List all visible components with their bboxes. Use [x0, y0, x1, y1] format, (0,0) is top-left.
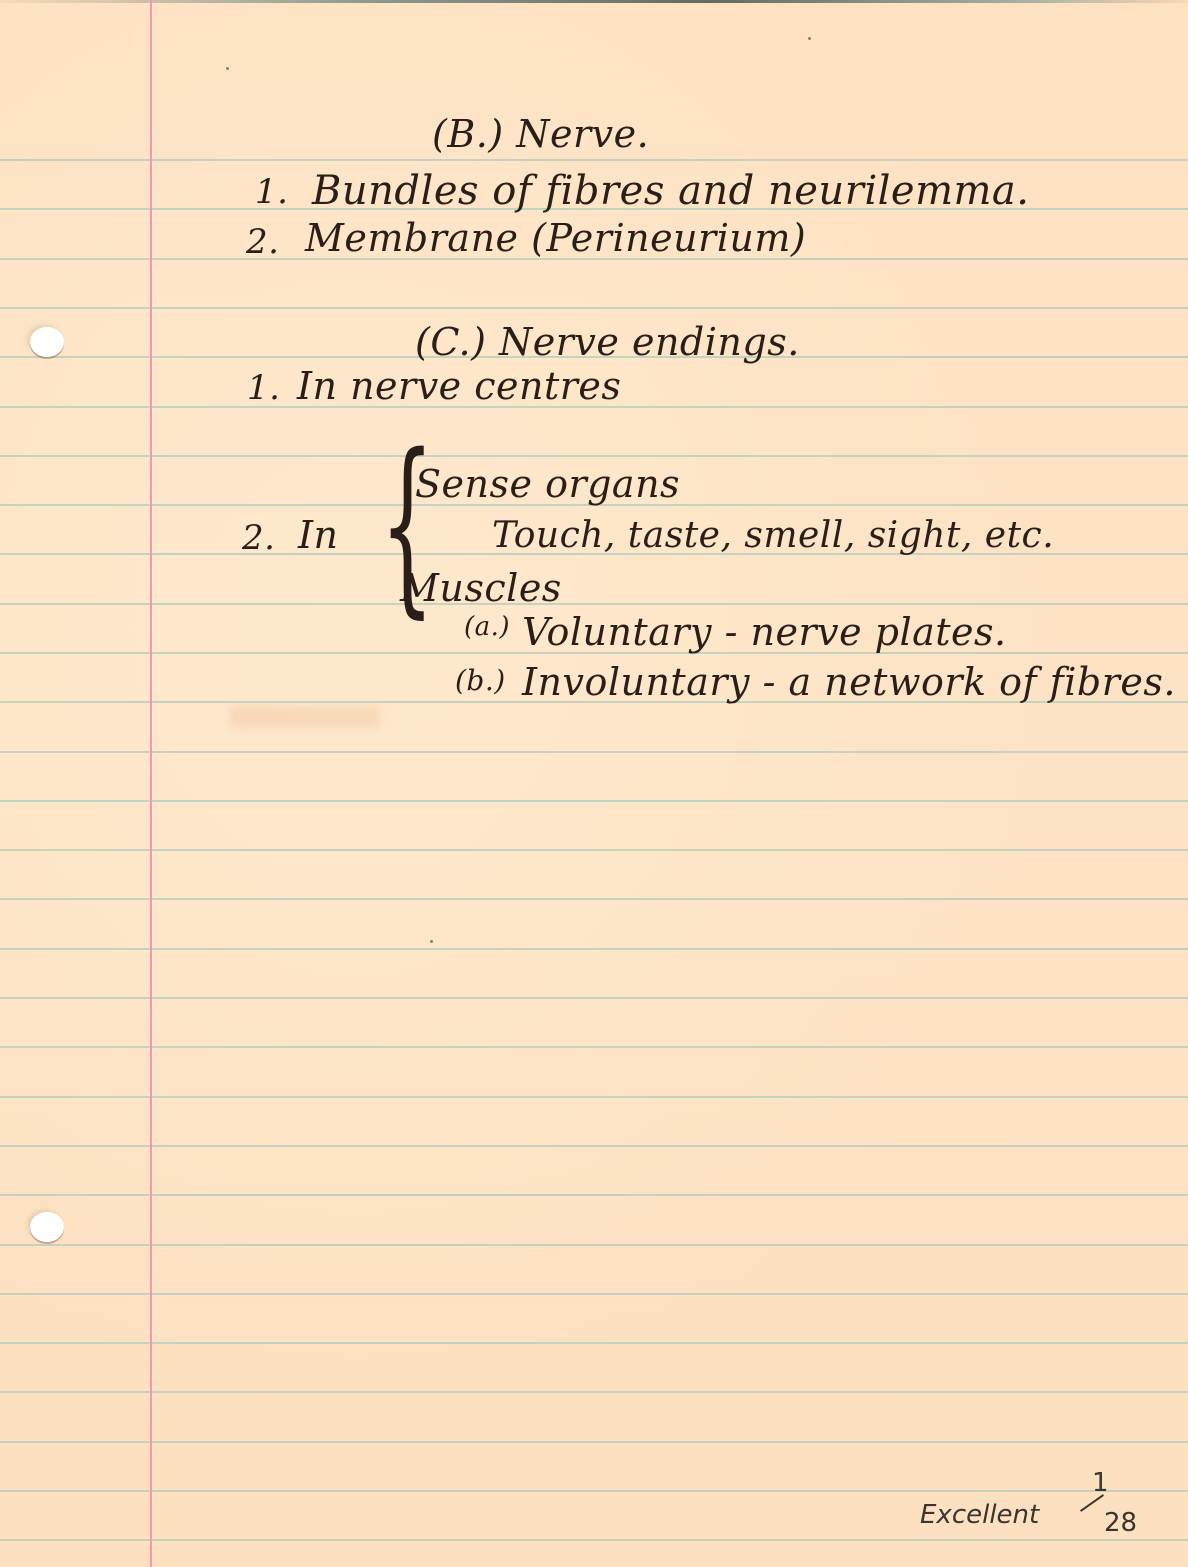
muscles-subitem-b-marker: (b.)	[455, 664, 506, 697]
muscles-subitem-b-text: Involuntary - a network of fibres.	[522, 660, 1176, 704]
margin-line	[150, 0, 152, 1567]
paper-speck	[430, 940, 433, 943]
ruled-line	[0, 455, 1188, 457]
section-c-item-2-number: 2.	[242, 518, 275, 558]
muscles-subitem-a-text: Voluntary - nerve plates.	[522, 610, 1007, 654]
ruled-line	[0, 898, 1188, 900]
ruled-line	[0, 307, 1188, 309]
ruled-line	[0, 1490, 1188, 1492]
ruled-line	[0, 948, 1188, 950]
notebook-page: (B.) Nerve. 1. Bundles of fibres and neu…	[0, 0, 1188, 1567]
section-b-heading: (B.) Nerve.	[432, 112, 649, 156]
section-c-item-1-number: 1.	[247, 368, 280, 408]
ruled-line	[0, 1293, 1188, 1295]
ruled-line	[0, 1391, 1188, 1393]
branch-muscles: Muscles	[400, 566, 562, 610]
page-top-edge	[0, 0, 1188, 3]
section-c-heading: (C.) Nerve endings.	[415, 320, 800, 364]
branch-sense-organs-detail: Touch, taste, smell, sight, etc.	[492, 515, 1054, 556]
punch-hole-top	[30, 327, 64, 357]
ruled-line	[0, 1244, 1188, 1246]
ruled-line	[0, 800, 1188, 802]
grade-comment: Excellent	[920, 1500, 1039, 1530]
ruled-line	[0, 1342, 1188, 1344]
paper-smudge	[230, 706, 380, 728]
section-b-item-1-number: 1.	[255, 172, 288, 212]
paper-speck	[808, 37, 811, 40]
ruled-line	[0, 849, 1188, 851]
ruled-line	[0, 1145, 1188, 1147]
ruled-line	[0, 1441, 1188, 1443]
ruled-line	[0, 1539, 1188, 1541]
section-c-item-2-prefix: In	[298, 513, 338, 557]
punch-hole-bottom	[30, 1212, 64, 1242]
paper-speck	[226, 67, 229, 70]
grade-denominator: 28	[1104, 1508, 1137, 1538]
grade-numerator: 1	[1092, 1468, 1109, 1498]
ruled-line	[0, 1096, 1188, 1098]
branch-sense-organs: Sense organs	[415, 462, 680, 506]
ruled-line	[0, 159, 1188, 161]
ruled-line	[0, 603, 1188, 605]
ruled-line	[0, 997, 1188, 999]
section-b-item-2-number: 2.	[246, 222, 279, 262]
ruled-line	[0, 1046, 1188, 1048]
section-b-item-1-text: Bundles of fibres and neurilemma.	[312, 168, 1030, 214]
ruled-line	[0, 751, 1188, 753]
section-b-item-2-text: Membrane (Perineurium)	[305, 216, 806, 260]
section-c-item-1-text: In nerve centres	[297, 364, 621, 408]
ruled-line	[0, 1194, 1188, 1196]
muscles-subitem-a-marker: (a.)	[464, 612, 510, 642]
